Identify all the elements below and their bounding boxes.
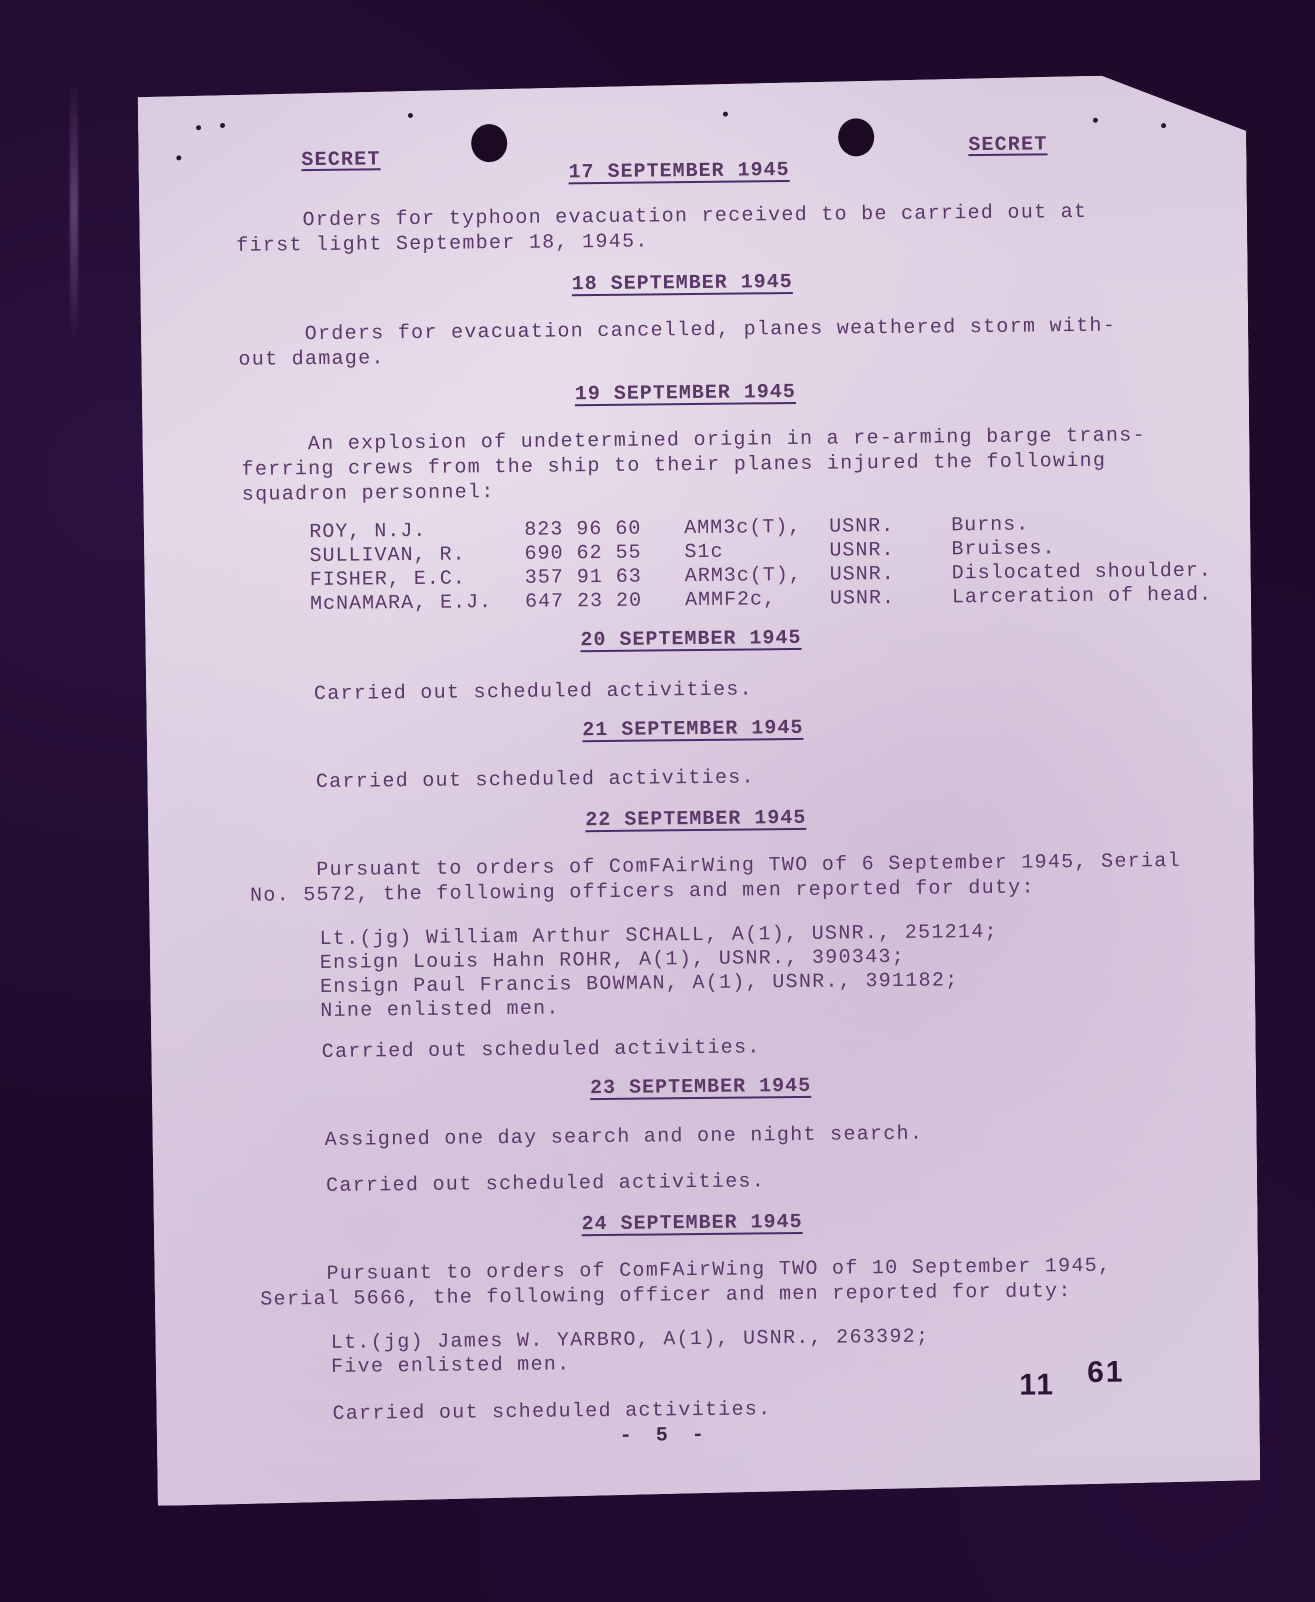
classification-marking-left: SECRET <box>301 147 380 173</box>
entry-paragraph: Carried out scheduled activities. <box>322 1035 761 1065</box>
officer-list: Lt.(jg) James W. YARBRO, A(1), USNR., 26… <box>331 1326 930 1380</box>
entry-paragraph: Carried out scheduled activities. <box>314 677 753 707</box>
entry-paragraph: Pursuant to orders of ComFAirWing TWO of… <box>250 849 1182 909</box>
speck <box>1161 123 1166 128</box>
speck <box>220 123 225 128</box>
date-heading: 20 SEPTEMBER 1945 <box>580 627 801 652</box>
punch-hole <box>471 124 507 162</box>
date-heading: 19 SEPTEMBER 1945 <box>575 381 796 406</box>
page-number: - 5 - <box>620 1424 704 1448</box>
entry-paragraph: An explosion of undetermined origin in a… <box>241 423 1146 507</box>
date-heading: 24 SEPTEMBER 1945 <box>581 1211 802 1236</box>
entry-paragraph: Orders for typhoon evacuation received t… <box>236 200 1088 259</box>
film-scratch <box>70 80 78 340</box>
speck <box>196 125 201 130</box>
injured-personnel-table: ROY, N.J. 823 96 60 AMM3c(T), USNR. Burn… <box>309 511 1232 617</box>
entry-paragraph: Carried out scheduled activities. <box>326 1169 765 1199</box>
stamp-number: 61 <box>1087 1356 1125 1390</box>
speck <box>408 113 413 118</box>
entry-paragraph: Carried out scheduled activities. <box>316 765 755 795</box>
speck <box>723 112 728 117</box>
speck <box>176 155 181 160</box>
date-heading: 17 SEPTEMBER 1945 <box>568 159 789 184</box>
entry-paragraph: Assigned one day search and one night se… <box>325 1122 924 1153</box>
punch-hole <box>838 118 874 156</box>
entry-paragraph: Carried out scheduled activities. <box>332 1397 771 1427</box>
speck <box>1093 118 1098 123</box>
date-heading: 18 SEPTEMBER 1945 <box>572 271 793 296</box>
document-page: SECRET SECRET 17 SEPTEMBER 1945 Orders f… <box>138 74 1261 1506</box>
date-heading: 21 SEPTEMBER 1945 <box>582 717 803 742</box>
classification-marking-right: SECRET <box>968 132 1047 158</box>
date-heading: 22 SEPTEMBER 1945 <box>585 807 806 832</box>
stamp-number: 11 <box>1019 1368 1055 1402</box>
entry-paragraph: Pursuant to orders of ComFAirWing TWO of… <box>260 1254 1112 1313</box>
officer-list: Lt.(jg) William Arthur SCHALL, A(1), USN… <box>319 921 998 1024</box>
date-heading: 23 SEPTEMBER 1945 <box>590 1075 811 1100</box>
entry-paragraph: Orders for evacuation cancelled, planes … <box>238 314 1116 373</box>
